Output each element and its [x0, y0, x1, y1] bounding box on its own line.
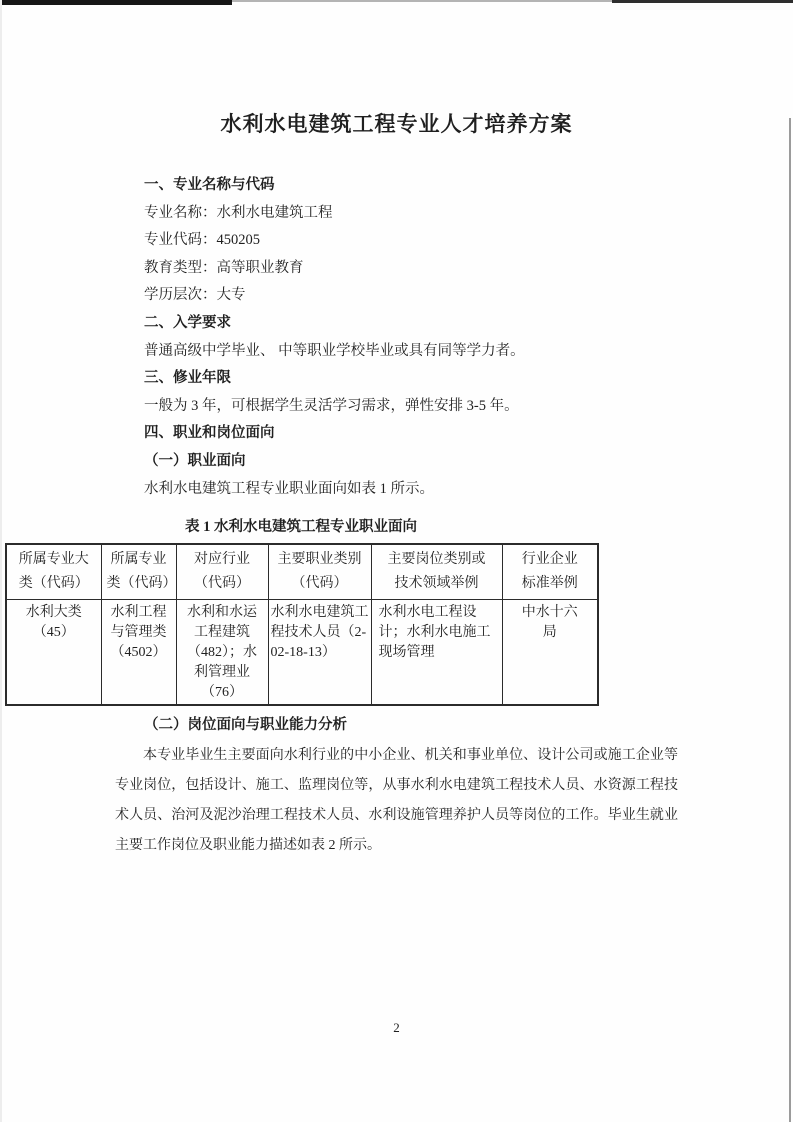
field-major-code: 专业代码：450205 — [115, 227, 681, 255]
section-4-1-text: 水利水电建筑工程专业职业面向如表 1 所示。 — [115, 476, 681, 504]
scan-artifact-top-middle — [232, 0, 612, 2]
scan-artifact-left-edge — [0, 0, 2, 1122]
table-1-career-orientation: 所属专业大类（代码） 所属专业类（代码） 对应行业（代码） 主要职业类别（代码）… — [5, 543, 599, 706]
document-title: 水利水电建筑工程专业人才培养方案 — [0, 0, 793, 138]
table-1-caption: 表 1 水利水电建筑工程专业职业面向 — [5, 515, 597, 536]
scan-artifact-top-left — [0, 0, 232, 5]
field-major-name: 专业名称：水利水电建筑工程 — [115, 200, 681, 228]
cell-major-class: 水利工程与管理类（4502） — [101, 600, 176, 706]
header-major-class: 所属专业类（代码） — [101, 544, 176, 600]
heading-section-3: 三、修业年限 — [115, 365, 681, 393]
field-education-type: 教育类型：高等职业教育 — [115, 255, 681, 283]
table-row: 水利大类（45） 水利工程与管理类（4502） 水利和水运工程建筑（482）；水… — [6, 600, 598, 706]
cell-standard-examples: 中水十六局 — [502, 600, 598, 706]
cell-post-examples: 水利水电工程设计；水利水电施工现场管理 — [371, 600, 502, 706]
section-4-2-text: 本专业毕业生主要面向水利行业的中小企业、机关和事业单位、设计公司或施工企业等专业… — [115, 741, 678, 861]
header-industry: 对应行业（代码） — [176, 544, 268, 600]
heading-section-4: 四、职业和岗位面向 — [115, 420, 681, 448]
heading-section-2: 二、入学要求 — [115, 310, 681, 338]
section-2-text: 普通高级中学毕业、 中等职业学校毕业或具有同等学力者。 — [115, 338, 681, 366]
document-page: 水利水电建筑工程专业人才培养方案 一、专业名称与代码 专业名称：水利水电建筑工程… — [0, 0, 793, 1122]
scan-artifact-top-right — [612, 0, 793, 3]
cell-occupation-category: 水利水电建筑工程技术人员（2-02-18-13） — [268, 600, 371, 706]
document-body: 一、专业名称与代码 专业名称：水利水电建筑工程 专业代码：450205 教育类型… — [115, 172, 681, 503]
section-3-text: 一般为 3 年，可根据学生灵活学习需求，弹性安排 3-5 年。 — [115, 393, 681, 421]
page-number: 2 — [0, 1020, 793, 1036]
cell-industry: 水利和水运工程建筑（482）；水利管理业（76） — [176, 600, 268, 706]
heading-section-4-2: （二）岗位面向与职业能力分析 — [115, 712, 681, 739]
table-header-row: 所属专业大类（代码） 所属专业类（代码） 对应行业（代码） 主要职业类别（代码）… — [6, 544, 598, 600]
scan-artifact-right-edge — [789, 118, 791, 1122]
header-post-examples: 主要岗位类别或技术领域举例 — [371, 544, 502, 600]
cell-major-category: 水利大类（45） — [6, 600, 101, 706]
header-standard-examples: 行业企业标准举例 — [502, 544, 598, 600]
heading-section-4-1: （一）职业面向 — [115, 448, 681, 476]
heading-section-1: 一、专业名称与代码 — [115, 172, 681, 200]
header-major-category: 所属专业大类（代码） — [6, 544, 101, 600]
header-occupation-category: 主要职业类别（代码） — [268, 544, 371, 600]
field-education-level: 学历层次：大专 — [115, 282, 681, 310]
